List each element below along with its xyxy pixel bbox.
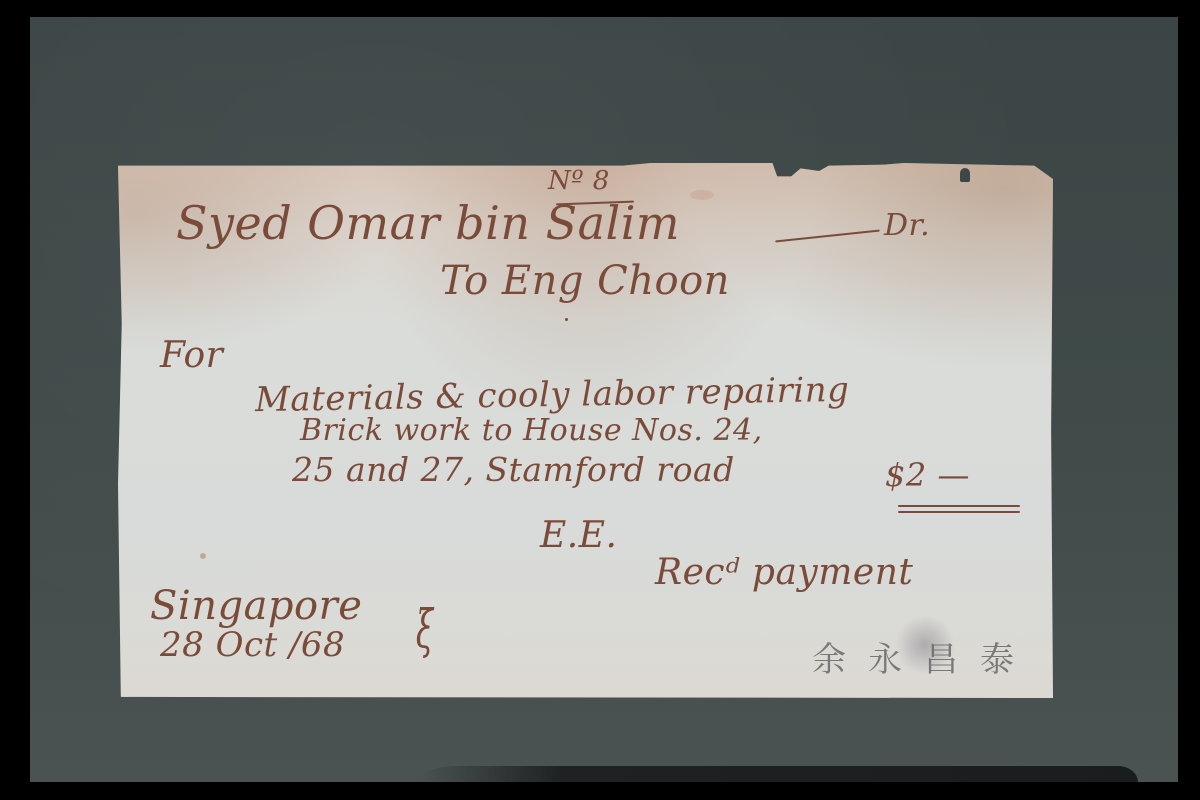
mount-shadow: [418, 766, 1138, 782]
received-payment: Recᵈ payment: [655, 552, 913, 593]
description-line-3: 25 and 27, Stamford road: [292, 450, 735, 489]
place: Singapore: [150, 583, 362, 629]
debtor-suffix: Dr.: [884, 208, 930, 243]
foxing-spot: [200, 553, 206, 559]
foxing-spot: [690, 190, 714, 200]
amount-double-underline-2: [898, 511, 1020, 513]
amount: $2 —: [885, 456, 970, 494]
errors-excepted: E.E.: [540, 515, 617, 556]
ink-dot: [565, 318, 568, 321]
description-line-2: Brick work to House Nos. 24,: [300, 413, 763, 448]
chinese-signature-chop: 余永昌泰: [812, 632, 1036, 681]
receipt-number: Nº 8: [548, 166, 610, 196]
paper-tear-hole: [960, 168, 970, 182]
amount-double-underline-1: [898, 505, 1020, 507]
for-label: For: [160, 335, 223, 376]
date-flourish: ξ: [416, 600, 433, 660]
creditor-name: To Eng Choon: [440, 258, 730, 304]
debtor-name: Syed Omar bin Salim: [176, 196, 680, 250]
date: 28 Oct /68: [160, 625, 345, 665]
